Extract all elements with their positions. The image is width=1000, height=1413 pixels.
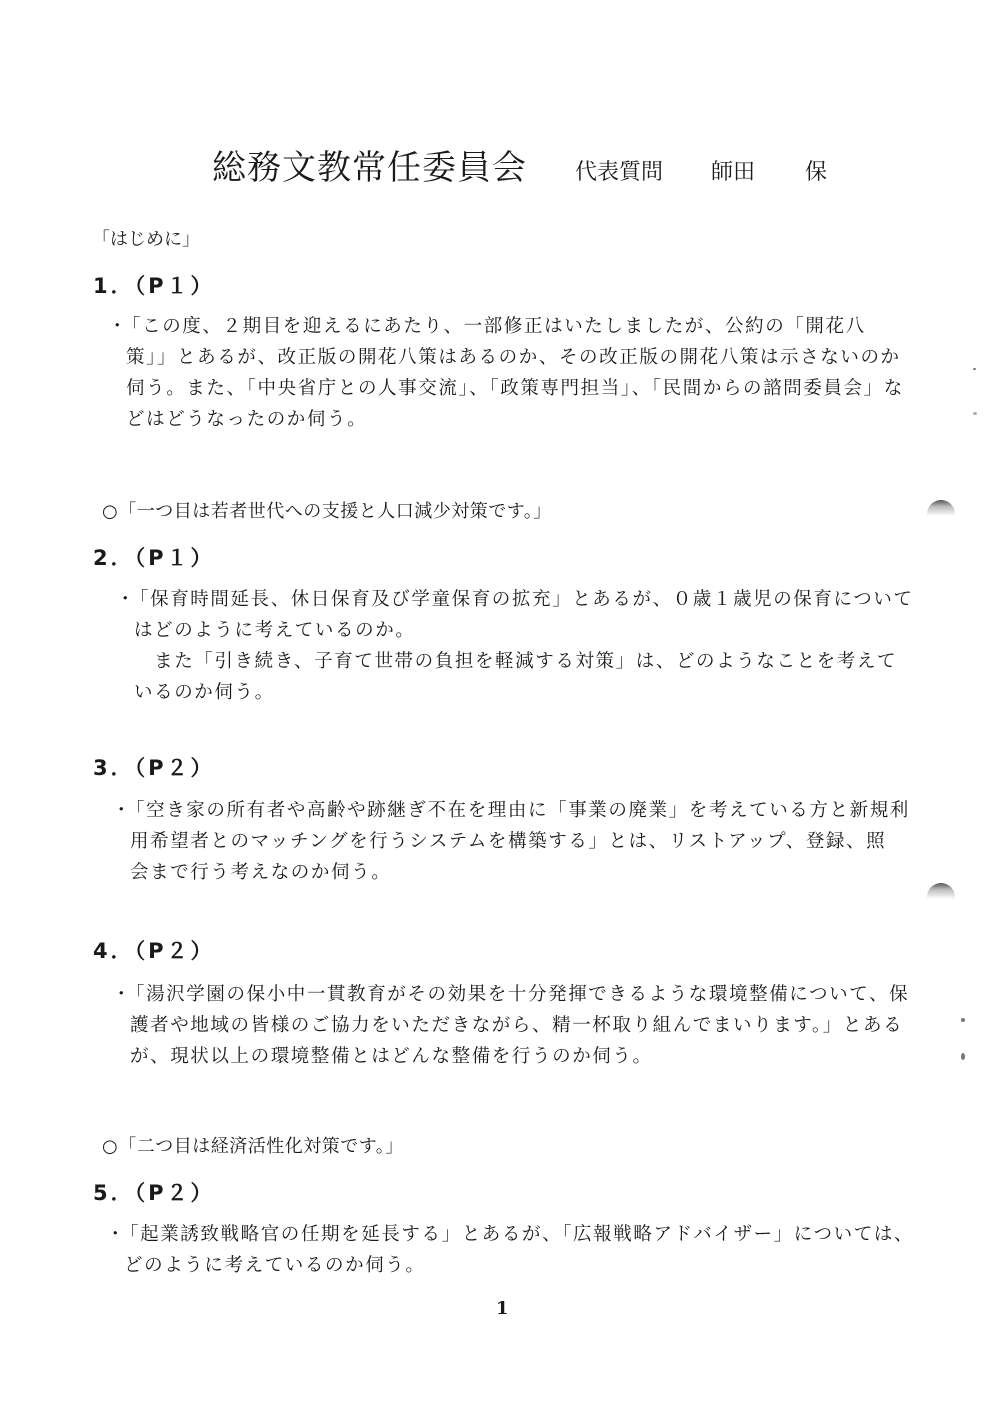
bullet-icon: ・ — [112, 979, 126, 1010]
bullet-icon: ・ — [106, 1219, 120, 1250]
section-body-1: ・「この度、２期目を迎えるにあたり、一部修正はいたしましたが、公約の「開花八 策… — [108, 311, 904, 435]
question-type: 代表質問 — [575, 160, 663, 185]
document-page: 総務文教常任委員会代表質問師田保 「はじめに」 1．（P１） ・「この度、２期目… — [0, 0, 1000, 1413]
section-body-4: ・「湯沢学園の保小中一貫教育がその効果を十分発揮できるような環境整備について、保… — [112, 979, 909, 1072]
scan-speck — [973, 368, 976, 370]
section-heading-4: 4．（P２） — [93, 935, 215, 965]
section-heading-5: 5．（P２） — [93, 1177, 215, 1207]
speaker-family-name: 師田 — [711, 160, 755, 185]
section-body-3: ・「空き家の所有者や高齢や跡継ぎ不在を理由に「事業の廃業」を考えている方と新規利… — [112, 795, 910, 888]
scan-speck — [961, 1018, 965, 1022]
bullet-icon: ・ — [116, 584, 130, 615]
punch-hole-mark — [927, 500, 955, 516]
section-body-2: ・「保育時間延長、休日保育及び学童保育の拡充」とあるが、０歳１歳児の保育について… — [116, 584, 914, 708]
speaker-given-name: 保 — [805, 160, 827, 185]
intro-label: 「はじめに」 — [92, 225, 200, 251]
bullet-icon: ・ — [112, 795, 126, 826]
section-heading-3: 3．（P２） — [93, 752, 215, 782]
section-body-5: ・「起業誘致戦略官の任期を延長する」とあるが、「広報戦略アドバイザー」については… — [106, 1219, 914, 1281]
section-heading-1: 1．（P１） — [93, 270, 215, 300]
scan-speck — [973, 412, 977, 415]
section-heading-2: 2．（P１） — [93, 542, 215, 572]
bullet-icon: ・ — [108, 311, 122, 342]
document-title: 総務文教常任委員会代表質問師田保 — [212, 140, 827, 189]
topic-note-1: ○「一つ目は若者世代への支援と人口減少対策です。」 — [102, 497, 552, 523]
scan-speck — [961, 1053, 965, 1060]
page-number: 1 — [496, 1298, 509, 1319]
topic-note-2: ○「二つ目は経済活性化対策です。」 — [102, 1132, 404, 1158]
punch-hole-mark — [927, 883, 955, 899]
committee-name: 総務文教常任委員会 — [212, 148, 527, 188]
